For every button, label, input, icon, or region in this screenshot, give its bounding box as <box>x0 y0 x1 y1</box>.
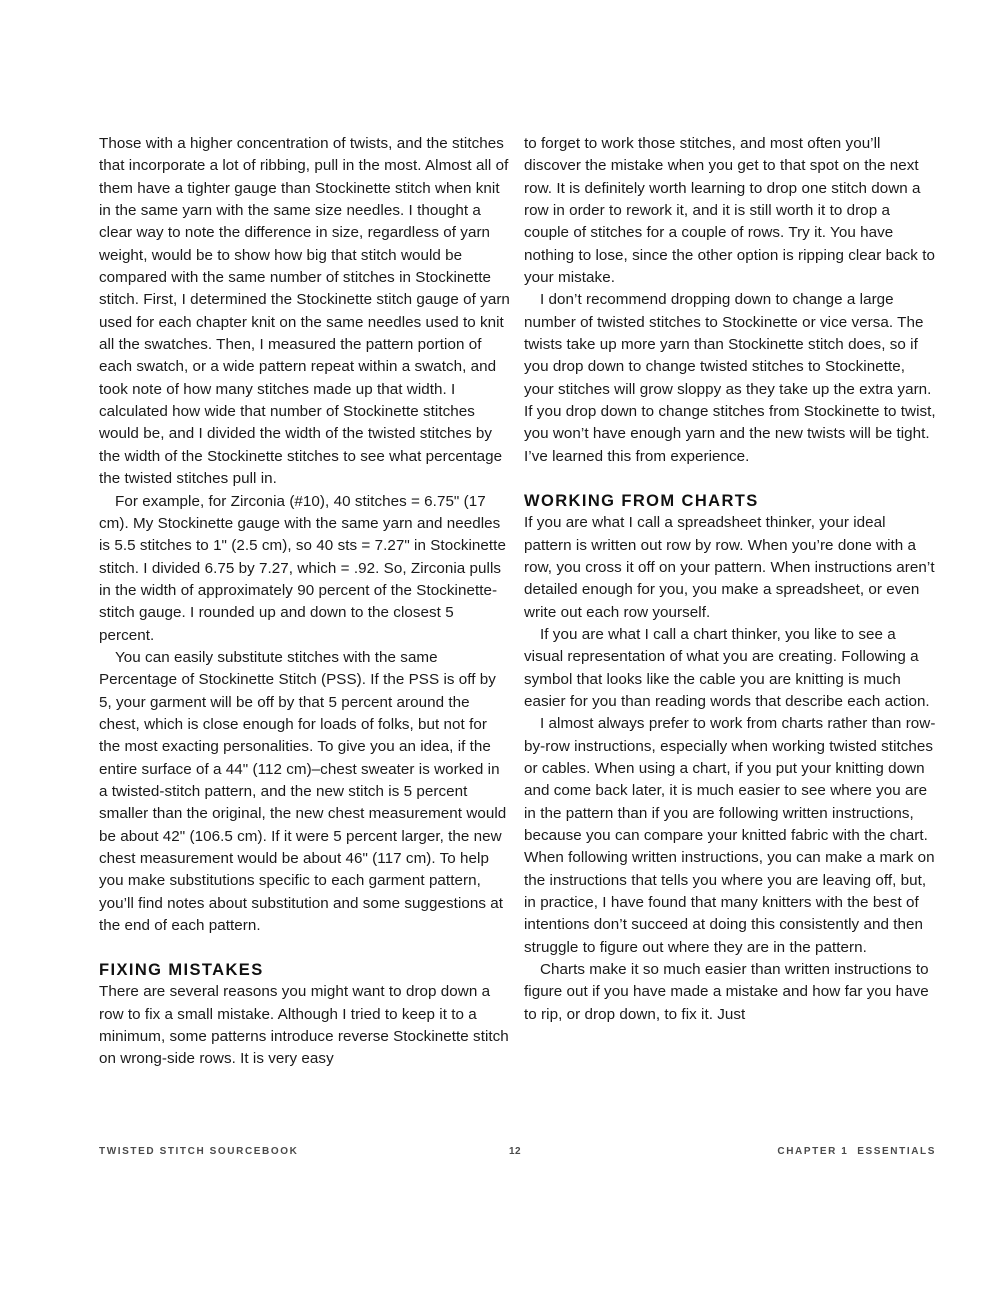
body-paragraph: If you are what I call a spreadsheet thi… <box>524 512 936 624</box>
body-paragraph: For example, for Zirconia (#10), 40 stit… <box>99 491 511 647</box>
right-column: to forget to work those stitches, and mo… <box>524 133 936 1026</box>
body-paragraph: I don’t recommend dropping down to chang… <box>524 289 936 468</box>
body-paragraph: Charts make it so much easier than writt… <box>524 959 936 1026</box>
left-column: Those with a higher concentration of twi… <box>99 133 511 1071</box>
footer-book-title: TWISTED STITCH SOURCEBOOK <box>99 1145 298 1159</box>
footer-page-number: 12 <box>509 1145 521 1159</box>
body-paragraph: You can easily substitute stitches with … <box>99 647 511 937</box>
section-heading-working-from-charts: WORKING FROM CHARTS <box>524 490 936 512</box>
body-paragraph: I almost always prefer to work from char… <box>524 713 936 959</box>
body-paragraph: There are several reasons you might want… <box>99 981 511 1070</box>
body-paragraph: Those with a higher concentration of twi… <box>99 133 511 491</box>
section-heading-fixing-mistakes: FIXING MISTAKES <box>99 959 511 981</box>
body-paragraph: If you are what I call a chart thinker, … <box>524 624 936 713</box>
footer-chapter-title: CHAPTER 1 ESSENTIALS <box>777 1145 936 1159</box>
body-paragraph: to forget to work those stitches, and mo… <box>524 133 936 289</box>
